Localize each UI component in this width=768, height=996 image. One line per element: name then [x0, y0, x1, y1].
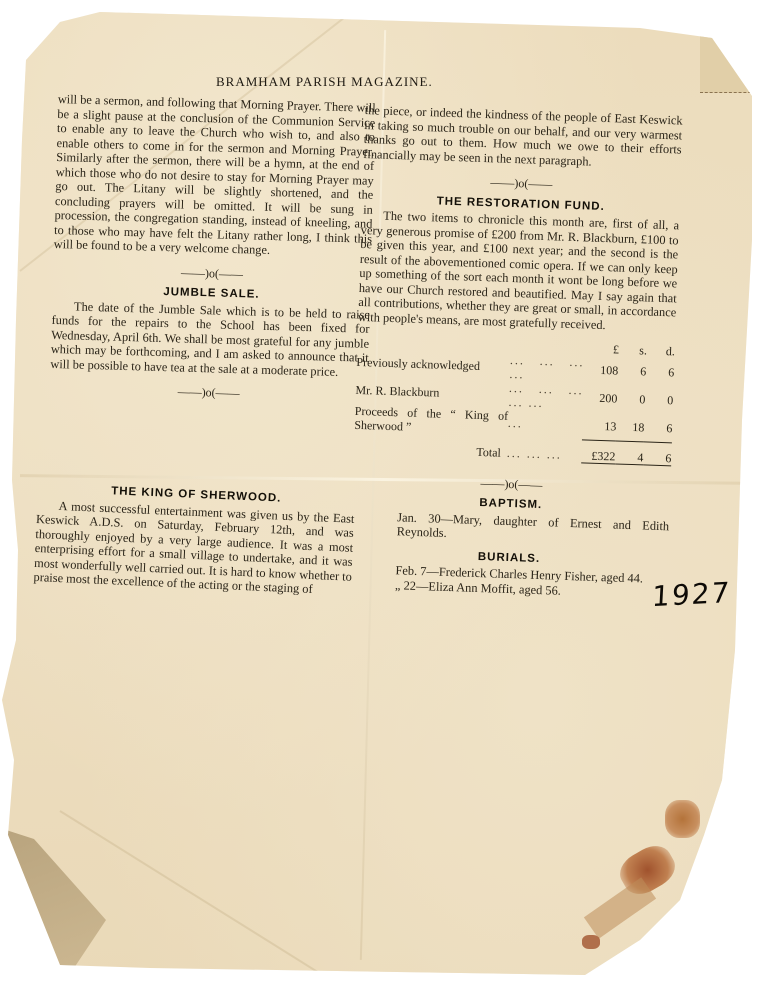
row-leader-dots: ... ... ... ...: [509, 353, 584, 383]
magazine-header: BRAMHAM PARISH MAGAZINE.: [216, 74, 433, 90]
total-underline: [581, 462, 615, 470]
column-header-pence: d.: [647, 343, 675, 358]
total-leader-dots: ... ... ...: [507, 437, 582, 462]
row-label: Proceeds of the “ King of Sherwood ”: [354, 404, 508, 437]
diagonal-crease: [59, 810, 331, 981]
rust-stain: [584, 877, 656, 938]
total-pence: 6: [643, 441, 672, 465]
column-header-pounds: £: [585, 341, 619, 356]
folded-corner-top-right: [700, 36, 756, 93]
column-header-shillings: s.: [619, 343, 647, 358]
rust-stain: [582, 935, 600, 949]
intro-paragraph: will be a sermon, and following that Mor…: [54, 92, 376, 260]
total-underline: [643, 464, 671, 471]
restoration-fund-table: £ s. d. Previously acknowledged ... ... …: [353, 334, 675, 472]
jumble-sale-body: The date of the Jumble Sale which is to …: [50, 298, 370, 379]
continuation-paragraph: the piece, or indeed the kindness of the…: [363, 103, 683, 172]
king-of-sherwood-body: A most successful entertainment was give…: [33, 497, 354, 598]
row-pounds: 200: [583, 383, 618, 412]
folded-corner-bottom-left: [6, 830, 106, 980]
left-column-lower: THE KING OF SHERWOOD. A most successful …: [33, 475, 355, 598]
restoration-fund-body: The two items to chronicle this month ar…: [358, 208, 680, 334]
row-leader-dots: ...: [507, 409, 582, 439]
total-pounds: £322: [581, 439, 616, 463]
handwritten-year-annotation: 1927: [651, 576, 732, 613]
section-separator: ——)o(——: [50, 381, 368, 404]
row-pence: 0: [645, 385, 674, 414]
total-shillings: 4: [615, 441, 644, 465]
left-column: will be a sermon, and following that Mor…: [49, 92, 376, 410]
row-shillings: 6: [618, 357, 647, 386]
row-shillings: 0: [617, 385, 646, 414]
right-column: the piece, or indeed the kindness of the…: [349, 103, 683, 601]
total-underline: [615, 463, 643, 470]
row-pence: 6: [646, 357, 675, 386]
row-pounds: 108: [584, 355, 619, 384]
row-shillings: 18: [616, 413, 645, 442]
row-pence: 6: [644, 413, 673, 442]
rust-stain: [665, 800, 700, 838]
row-pounds: 13: [582, 411, 617, 440]
section-separator: ——)o(——: [53, 261, 371, 284]
row-leader-dots: ... ... ... ... ...: [508, 381, 583, 411]
